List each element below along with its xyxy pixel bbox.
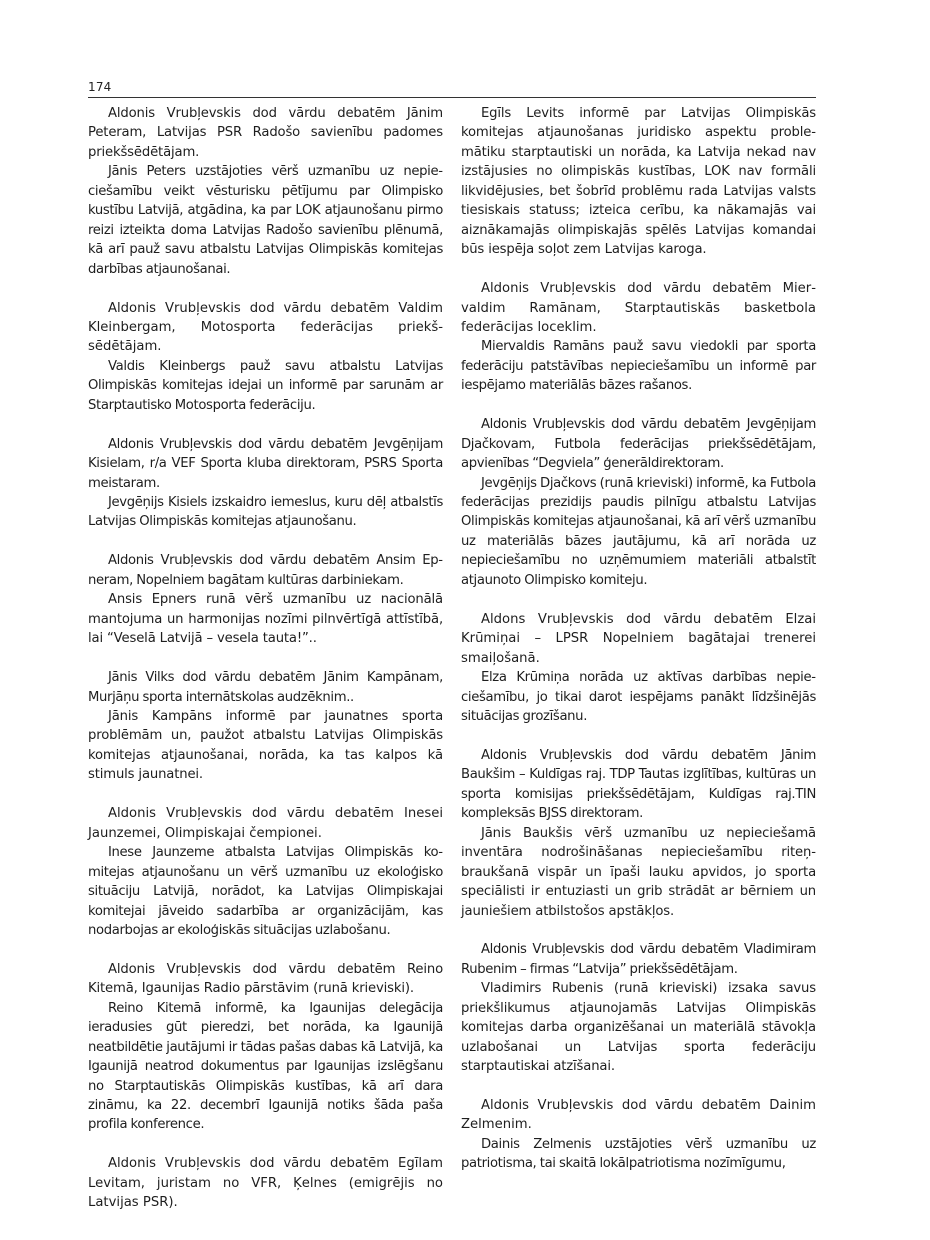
debate-entry: Aldonis Vrubļevskis dod vārdu debatēm In… xyxy=(88,804,443,940)
paragraph: Vladimirs Rubenis (runā krieviski) izsak… xyxy=(461,979,816,1076)
debate-entry: Aldonis Vrubļevskis dod vārdu debatēm Jā… xyxy=(88,104,443,279)
debate-entry: Aldonis Vrubļevskis dod vārdu debatēm Re… xyxy=(88,960,443,1135)
paragraph: Aldonis Vrubļevskis dod vārdu debatēm Je… xyxy=(461,415,816,473)
paragraph: Aldonis Vrubļevskis dod vārdu debatēm Re… xyxy=(88,960,443,999)
debate-entry: Aldonis Vrubļevskis dod vārdu debatēm Mi… xyxy=(461,279,816,396)
header-rule xyxy=(88,97,816,98)
debate-entry: Aldonis Vrubļevskis dod vārdu debatēm Eg… xyxy=(88,1154,443,1212)
paragraph: Aldonis Vrubļevskis dod vārdu debatēm In… xyxy=(88,804,443,843)
debate-entry: Aldonis Vrubļevskis dod vārdu debatēm Vl… xyxy=(461,940,816,1076)
paragraph: Jānis Vilks dod vārdu debatēm Jānim Kamp… xyxy=(88,668,443,707)
debate-entry: Jānis Vilks dod vārdu debatēm Jānim Kamp… xyxy=(88,668,443,785)
paragraph: Aldons Vrubļevskis dod vārdu debatēm Elz… xyxy=(461,610,816,668)
debate-entry: Aldonis Vrubļevskis dod vārdu debatēm Da… xyxy=(461,1096,816,1174)
paragraph: Inese Jaunzeme atbalsta Latvijas Olimpis… xyxy=(88,843,443,940)
paragraph: Elza Krūmiņa norāda uz aktīvas darbības … xyxy=(461,668,816,726)
paragraph: Aldonis Vrubļevskis dod vārdu debatēm Eg… xyxy=(88,1154,443,1212)
paragraph: Jānis Baukšis vērš uzmanību uz nepiecieš… xyxy=(461,824,816,921)
debate-entry: Aldonis Vrubļevskis dod vārdu debatēm Je… xyxy=(88,435,443,532)
right-column: Egīls Levits informē par Latvijas Olimpi… xyxy=(461,104,816,1193)
paragraph: Jānis Peters uzstājoties vērš uzmanību u… xyxy=(88,162,443,279)
paragraph: Aldonis Vrubļevskis dod vārdu debatēm Mi… xyxy=(461,279,816,337)
paragraph: Valdis Kleinbergs pauž savu atbalstu Lat… xyxy=(88,357,443,415)
paragraph: Aldonis Vrubļevskis dod vārdu debatēm Jā… xyxy=(461,746,816,824)
debate-entry: Aldonis Vrubļevskis dod vārdu debatēm An… xyxy=(88,551,443,648)
paragraph: Aldonis Vrubļevskis dod vārdu debatēm Je… xyxy=(88,435,443,493)
paragraph: Dainis Zelmenis uzstājoties vērš uzmanīb… xyxy=(461,1135,816,1174)
paragraph: Miervaldis Ramāns pauž savu viedokli par… xyxy=(461,337,816,395)
paragraph: Aldonis Vrubļevskis dod vārdu debatēm Vl… xyxy=(461,940,816,979)
paragraph: Jevgēņijs Djačkovs (runā krieviski) info… xyxy=(461,474,816,591)
paragraph: Aldonis Vrubļevskis dod vārdu debatēm Va… xyxy=(88,299,443,357)
paragraph: Aldonis Vrubļevskis dod vārdu debatēm Da… xyxy=(461,1096,816,1135)
debate-entry: Aldonis Vrubļevskis dod vārdu debatēm Je… xyxy=(461,415,816,590)
paragraph: Reino Kitemā informē, ka Igaunijas deleg… xyxy=(88,999,443,1135)
paragraph: Egīls Levits informē par Latvijas Olimpi… xyxy=(461,104,816,260)
debate-entry: Aldonis Vrubļevskis dod vārdu debatēm Jā… xyxy=(461,746,816,921)
paragraph: Ansis Epners runā vērš uzmanību uz nacio… xyxy=(88,590,443,648)
paragraph: Aldonis Vrubļevskis dod vārdu debatēm An… xyxy=(88,551,443,590)
paragraph: Jevgēņijs Kisiels izskaidro iemeslus, ku… xyxy=(88,493,443,532)
debate-entry: Aldons Vrubļevskis dod vārdu debatēm Elz… xyxy=(461,610,816,727)
paragraph: Aldonis Vrubļevskis dod vārdu debatēm Jā… xyxy=(88,104,443,162)
paragraph: Jānis Kampāns informē par jaunatnes spor… xyxy=(88,707,443,785)
left-column: Aldonis Vrubļevskis dod vārdu debatēm Jā… xyxy=(88,104,443,1232)
debate-entry: Egīls Levits informē par Latvijas Olimpi… xyxy=(461,104,816,260)
page-number: 174 xyxy=(88,80,112,94)
debate-entry: Aldonis Vrubļevskis dod vārdu debatēm Va… xyxy=(88,299,443,416)
